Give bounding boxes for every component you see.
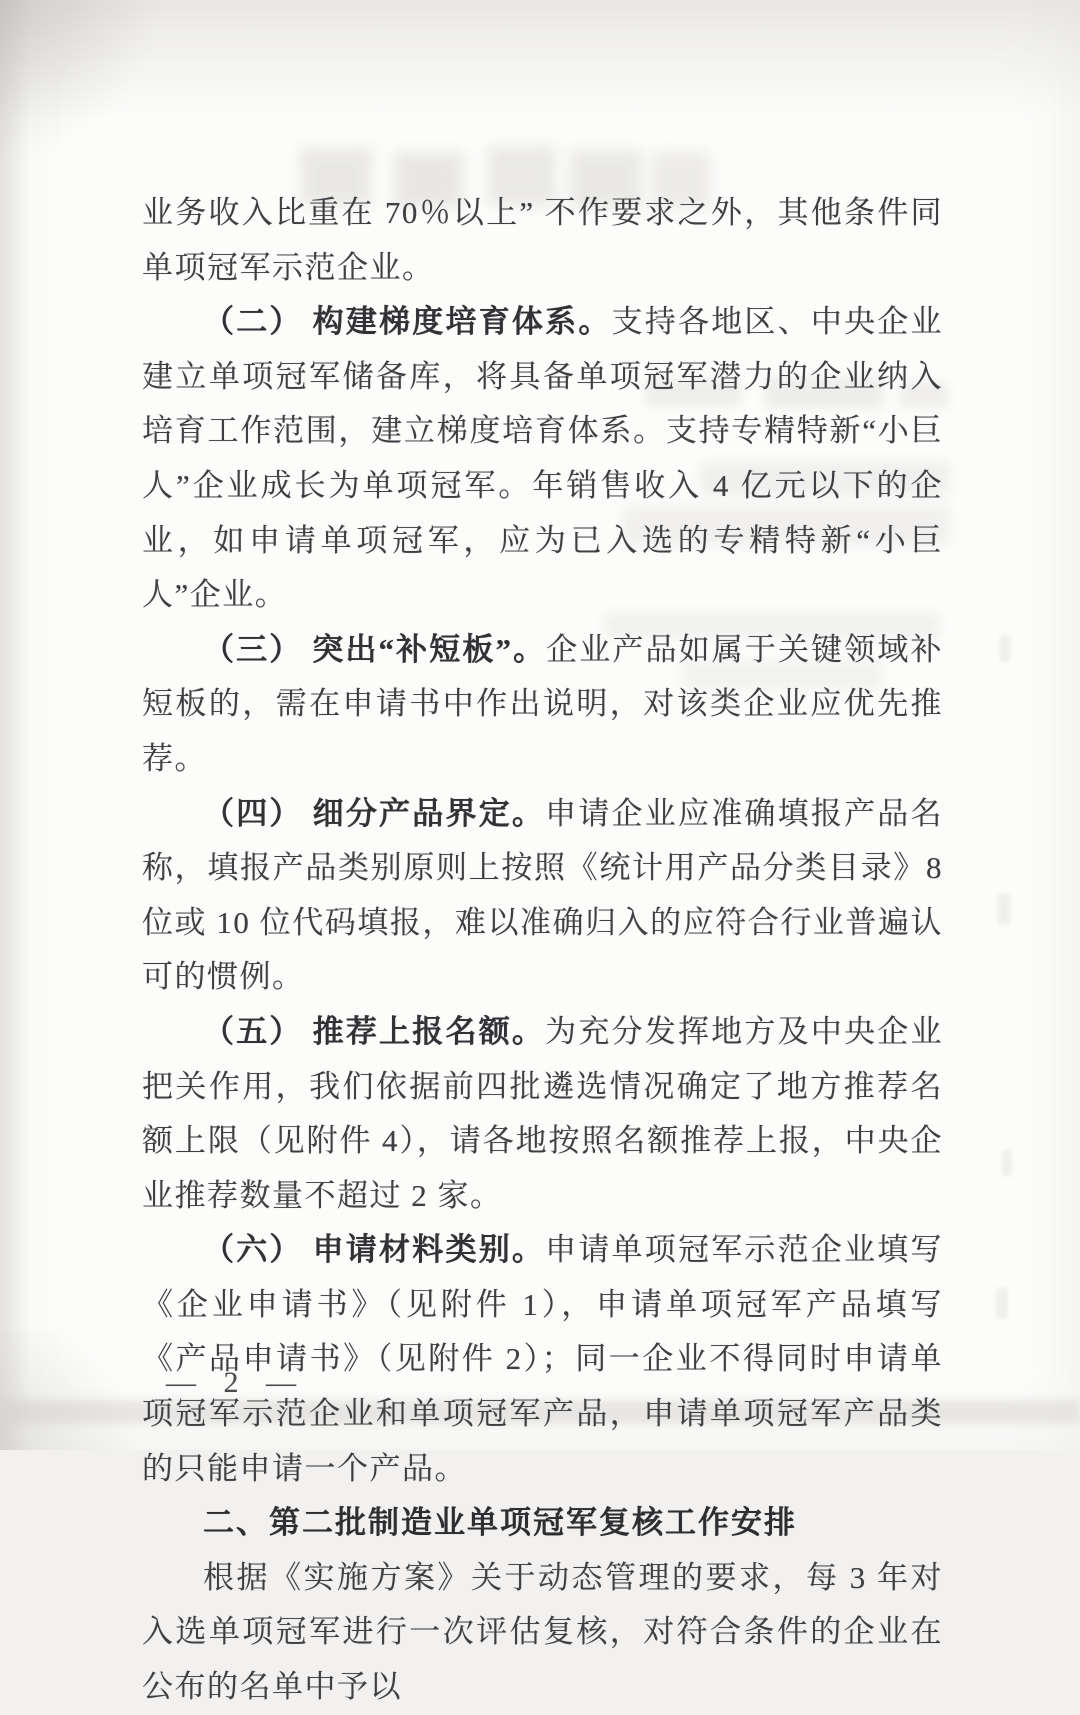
- scanned-page: 业务收入比重在 70％以上” 不作要求之外，其他条件同单项冠军示范企业。 （二）…: [0, 0, 1080, 1450]
- paragraph-item-6: （六） 申请材料类别。申请单项冠军示范企业填写《企业申请书》（见附件 1），申请…: [142, 1223, 943, 1450]
- paragraph-lead: （四） 细分产品界定。: [203, 796, 545, 831]
- page-number: — 2 —: [166, 1366, 298, 1400]
- paragraph-lead: （三） 突出“补短板”。: [203, 632, 546, 667]
- paragraph-item-5: （五） 推荐上报名额。为充分发挥地方及中央企业把关作用，我们依据前四批遴选情况确…: [142, 1005, 943, 1223]
- scan-shadow-top: [0, 0, 1080, 120]
- bleed-through-artifact: [998, 894, 1010, 924]
- paragraph-continuation: 业务收入比重在 70％以上” 不作要求之外，其他条件同单项冠军示范企业。: [142, 186, 943, 295]
- paragraph-item-3: （三） 突出“补短板”。企业产品如属于关键领域补短板的，需在申请书中作出说明，对…: [142, 623, 943, 787]
- paragraph-lead: （六） 申请材料类别。: [203, 1232, 545, 1267]
- scan-shadow-bottom-left: [0, 1330, 140, 1450]
- scan-shadow-left: [0, 0, 30, 1450]
- paragraph-lead: （二） 构建梯度培育体系。: [203, 304, 612, 339]
- bleed-through-artifact: [996, 1288, 1008, 1318]
- bleed-through-artifact: [1002, 1150, 1012, 1176]
- paragraph-item-2: （二） 构建梯度培育体系。支持各地区、中央企业建立单项冠军储备库，将具备单项冠军…: [142, 295, 943, 623]
- document-body: 业务收入比重在 70％以上” 不作要求之外，其他条件同单项冠军示范企业。 （二）…: [142, 186, 943, 1450]
- bleed-through-artifact: [1000, 636, 1010, 662]
- paragraph-text: 支持各地区、中央企业建立单项冠军储备库，将具备单项冠军潜力的企业纳入培育工作范围…: [142, 304, 943, 612]
- paragraph-text: 业务收入比重在 70％以上” 不作要求之外，其他条件同单项冠军示范企业。: [142, 195, 943, 285]
- paragraph-item-4: （四） 细分产品界定。申请企业应准确填报产品名称，填报产品类别原则上按照《统计用…: [142, 787, 943, 1005]
- scan-shadow-corner: [0, 0, 160, 160]
- paragraph-lead: （五） 推荐上报名额。: [203, 1014, 545, 1049]
